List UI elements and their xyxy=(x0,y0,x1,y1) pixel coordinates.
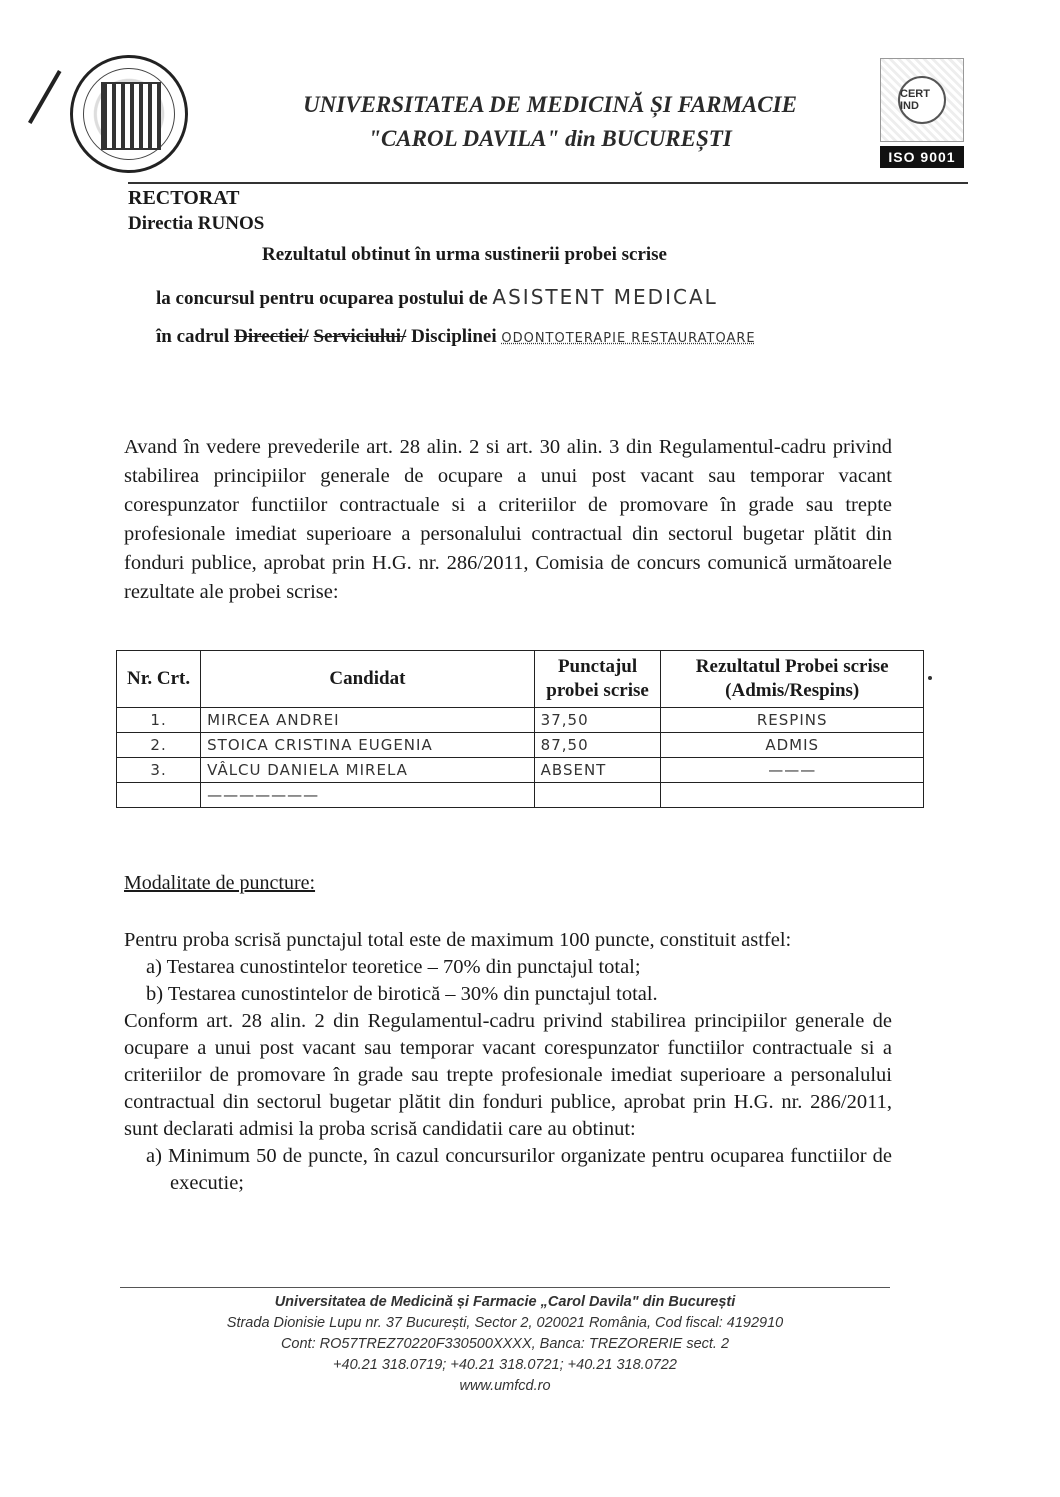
intro-paragraph: Avand în vedere prevederile art. 28 alin… xyxy=(124,433,892,607)
header-nr: Nr. Crt. xyxy=(117,651,201,708)
university-title-line1: UNIVERSITATEA DE MEDICINĂ ȘI FARMACIE xyxy=(230,88,870,122)
scoring-intro: Pentru proba scrisă punctajul total este… xyxy=(124,927,892,954)
table-row: 3. VÂLCU DANIELA MIRELA ABSENT ——— xyxy=(117,758,924,783)
cell-candidat: VÂLCU DANIELA MIRELA xyxy=(201,758,535,783)
cell-candidat: ——————— xyxy=(201,783,535,808)
scoring-conform: Conform art. 28 alin. 2 din Regulamentul… xyxy=(124,1008,892,1143)
scoring-body: Pentru proba scrisă punctajul total este… xyxy=(124,927,892,1197)
stray-dot-mark xyxy=(928,676,932,680)
unit-struck-serviciu: Serviciului/ xyxy=(313,326,406,347)
cell-nr: 1. xyxy=(117,708,201,733)
directia-label: Directia RUNOS xyxy=(128,213,264,235)
header-rezultat: Rezultatul Probei scrise (Admis/Respins) xyxy=(661,651,924,708)
unit-value: ODONTOTERAPIE RESTAURATOARE xyxy=(501,331,755,346)
cell-punctaj xyxy=(534,783,661,808)
cell-rezultat: ——— xyxy=(661,758,924,783)
header-divider xyxy=(128,182,968,184)
cell-nr: 3. xyxy=(117,758,201,783)
seal-building-icon xyxy=(101,82,161,150)
footer-phones: +40.21 318.0719; +40.21 318.0721; +40.21… xyxy=(120,1355,890,1376)
header-punctaj: Punctajul probei scrise xyxy=(534,651,661,708)
unit-label-suffix: Disciplinei xyxy=(411,326,497,347)
scoring-item-a: a) Testarea cunostintelor teoretice – 70… xyxy=(124,954,892,981)
pen-slash-mark xyxy=(28,70,61,124)
cell-candidat: STOICA CRISTINA EUGENIA xyxy=(201,733,535,758)
cell-rezultat: RESPINS xyxy=(661,708,924,733)
results-header-row: Nr. Crt. Candidat Punctajul probei scris… xyxy=(117,651,924,708)
cell-candidat: MIRCEA ANDREI xyxy=(201,708,535,733)
cell-rezultat xyxy=(661,783,924,808)
cell-punctaj: 87,50 xyxy=(534,733,661,758)
cert-ind-text: CERT IND xyxy=(898,76,946,124)
cert-ind-logo-icon: CERT IND xyxy=(880,58,964,142)
unit-struck-directie: Directiei/ xyxy=(234,326,309,347)
scoring-heading: Modalitate de puncture: xyxy=(124,872,315,895)
position-line: la concursul pentru ocuparea postului de… xyxy=(156,285,718,310)
cell-punctaj: 37,50 xyxy=(534,708,661,733)
cell-nr: 2. xyxy=(117,733,201,758)
table-row: ——————— xyxy=(117,783,924,808)
university-title-line2: "CAROL DAVILA" din BUCUREȘTI xyxy=(230,122,870,156)
footer-bank: Cont: RO57TREZ70220F330500XXXX, Banca: T… xyxy=(120,1334,890,1355)
table-row: 1. MIRCEA ANDREI 37,50 RESPINS xyxy=(117,708,924,733)
footer-website-link[interactable]: www.umfcd.ro xyxy=(120,1376,890,1397)
iso-badge: ISO 9001 xyxy=(880,146,964,168)
document-title: Rezultatul obtinut în urma sustinerii pr… xyxy=(262,244,667,266)
university-seal-icon xyxy=(70,55,188,173)
scoring-condition-a: a) Minimum 50 de puncte, în cazul concur… xyxy=(124,1143,892,1197)
unit-label-prefix: în cadrul xyxy=(156,326,229,347)
footer-address: Strada Dionisie Lupu nr. 37 București, S… xyxy=(120,1313,890,1334)
table-row: 2. STOICA CRISTINA EUGENIA 87,50 ADMIS xyxy=(117,733,924,758)
footer-university: Universitatea de Medicină și Farmacie „C… xyxy=(120,1292,890,1313)
cell-nr xyxy=(117,783,201,808)
rectorat-label: RECTORAT xyxy=(128,187,240,210)
university-title: UNIVERSITATEA DE MEDICINĂ ȘI FARMACIE "C… xyxy=(230,88,870,156)
footer-divider xyxy=(120,1287,890,1288)
cell-punctaj: ABSENT xyxy=(534,758,661,783)
header-candidat: Candidat xyxy=(201,651,535,708)
footer: Universitatea de Medicină și Farmacie „C… xyxy=(120,1292,890,1397)
unit-line: în cadrul Directiei/ Serviciului/ Discip… xyxy=(156,326,756,348)
results-table: Nr. Crt. Candidat Punctajul probei scris… xyxy=(116,650,924,808)
position-value: ASISTENT MEDICAL xyxy=(492,285,717,309)
iso-certification: CERT IND ISO 9001 xyxy=(880,58,964,170)
scoring-item-b: b) Testarea cunostintelor de birotică – … xyxy=(124,981,892,1008)
position-label: la concursul pentru ocuparea postului de xyxy=(156,288,488,309)
cell-rezultat: ADMIS xyxy=(661,733,924,758)
